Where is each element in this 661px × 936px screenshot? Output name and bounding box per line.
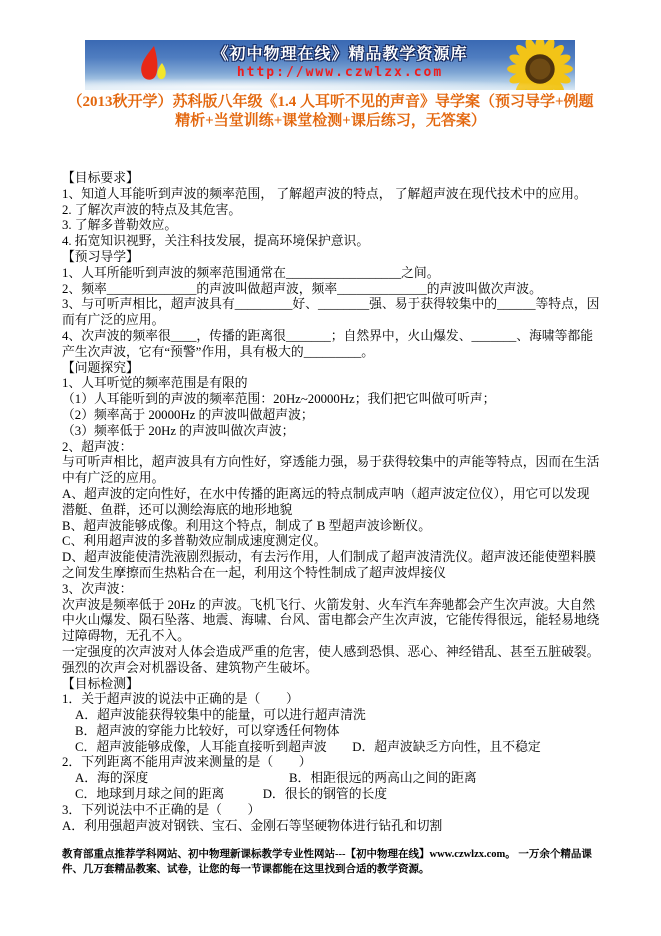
banner-site-title: 《初中物理在线》精品教学资源库 <box>185 45 495 65</box>
fill-blank-line: 2、频率______________的声波叫做超声波，频率___________… <box>62 282 600 298</box>
sunflower-icon <box>501 40 575 90</box>
text-line: A、超声波的定向性好，在水中传播的距离远的特点制成声呐（超声波定位仪），用它可以… <box>62 487 600 519</box>
fill-blank-line: 4、次声波的频率很____，传播的距离很_______；自然界中，火山爆发、__… <box>62 329 600 361</box>
text-line: 2、超声波： <box>62 440 600 456</box>
document-title: （2013秋开学）苏科版八年级《1.4 人耳听不见的声音》导学案（预习导学+例题… <box>60 93 601 131</box>
text-line: 1、知道人耳能听到声波的频率范围， 了解超声波的特点， 了解超声波在现代技术中的… <box>62 187 600 203</box>
section-heading-check: 【目标检测】 <box>62 677 600 693</box>
document-body: 【目标要求】 1、知道人耳能听到声波的频率范围， 了解超声波的特点， 了解超声波… <box>62 171 600 834</box>
option-line: C．地球到月球之间的距离 D．很长的钢管的长度 <box>62 787 600 803</box>
section-heading-preview: 【预习导学】 <box>62 250 600 266</box>
option-line: C．超声波能够成像，人耳能直接听到超声波 D．超声波缺乏方向性，且不稳定 <box>62 740 600 756</box>
text-line: （3）频率低于 20Hz 的声波叫做次声波； <box>62 424 600 440</box>
banner-text-block: 《初中物理在线》精品教学资源库 http://www.czwlzx.com <box>185 45 495 81</box>
fill-blank-line: 3、与可听声相比，超声波具有_________好、________强、易于获得较… <box>62 297 600 329</box>
text-line: （1）人耳能听到的声波的频率范围：20Hz~20000Hz；我们把它叫做可听声； <box>62 392 600 408</box>
text-line: 3、次声波： <box>62 582 600 598</box>
banner-site-url: http://www.czwlzx.com <box>185 65 495 81</box>
site-banner: 《初中物理在线》精品教学资源库 http://www.czwlzx.com <box>85 40 575 90</box>
text-line: （2）频率高于 20000Hz 的声波叫做超声波； <box>62 408 600 424</box>
text-line: 一定强度的次声波对人体会造成严重的危害，使人感到恐惧、恶心、神经错乱、甚至五脏破… <box>62 645 600 677</box>
section-heading-objectives: 【目标要求】 <box>62 171 600 187</box>
question-line: 3．下列说法中不正确的是（ ） <box>62 803 600 819</box>
text-line: 3. 了解多普勒效应。 <box>62 218 600 234</box>
question-line: 2．下列距离不能用声波来测量的是（ ） <box>62 755 600 771</box>
text-line: 4. 拓宽知识视野，关注科技发展，提高环境保护意识。 <box>62 234 600 250</box>
option-line: A．利用强超声波对钢铁、宝石、金刚石等坚硬物体进行钻孔和切割 <box>62 819 600 835</box>
text-line: D、超声波能使清洗液剧烈振动，有去污作用，人们制成了超声波清洗仪。超声波还能使塑… <box>62 550 600 582</box>
text-line: 与可听声相比，超声波具有方向性好，穿透能力强，易于获得较集中的声能等特点，因而在… <box>62 455 600 487</box>
text-line: 次声波是频率低于 20Hz 的声波。飞机飞行、火箭发射、火车汽车奔驰都会产生次声… <box>62 598 600 645</box>
flame-logo-icon <box>131 44 173 86</box>
fill-blank-line: 1、人耳所能听到声波的频率范围通常在__________________之间。 <box>62 266 600 282</box>
option-line: B．超声波的穿能力比较好，可以穿透任何物体 <box>62 724 600 740</box>
section-heading-inquiry: 【问题探究】 <box>62 361 600 377</box>
text-line: 1、人耳听觉的频率范围是有限的 <box>62 376 600 392</box>
text-line: B、超声波能够成像。利用这个特点，制成了 B 型超声波诊断仪。 <box>62 519 600 535</box>
text-line: C、利用超声波的多普勒效应制成速度测定仪。 <box>62 534 600 550</box>
footer-promo-text: 教育部重点推荐学科网站、初中物理新课标教学专业性网站---【初中物理在线】www… <box>62 848 600 877</box>
text-line: 2. 了解次声波的特点及其危害。 <box>62 203 600 219</box>
option-line: A．超声波能获得较集中的能量，可以进行超声清洗 <box>62 708 600 724</box>
option-line: A．海的深度 B．相距很远的两高山之间的距离 <box>62 771 600 787</box>
question-line: 1．关于超声波的说法中正确的是（ ） <box>62 692 600 708</box>
